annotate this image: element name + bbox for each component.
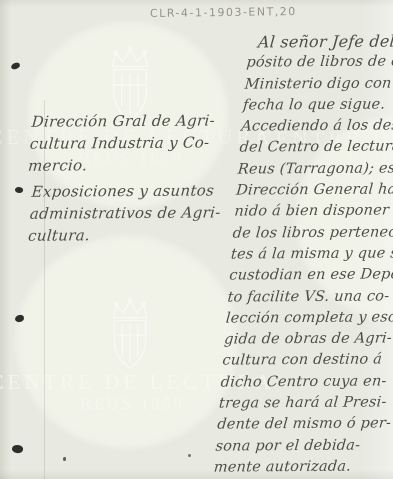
handwritten-line: gida de obras de Agri- bbox=[223, 329, 389, 351]
ink-blot bbox=[11, 444, 23, 454]
handwritten-line: dente del mismo ó per- bbox=[216, 414, 382, 436]
ink-blot bbox=[14, 186, 23, 194]
handwritten-line: Dirección Gral de Agri- bbox=[31, 109, 235, 132]
handwritten-line: lección completa y esco- bbox=[225, 307, 391, 329]
handwritten-line: fecha lo que sigue. bbox=[242, 94, 393, 116]
handwritten-line: cultura con destino á bbox=[222, 350, 388, 372]
ink-blot bbox=[188, 454, 191, 457]
scanned-letter-page: CENTRE DE LECTURA REUS 1859 CENTRE DE LE… bbox=[0, 0, 393, 479]
ink-blot bbox=[63, 457, 66, 461]
watermark-crest-icon bbox=[101, 296, 159, 374]
handwritten-line: de los libros pertenecien- bbox=[232, 222, 393, 244]
handwritten-line: mercio. bbox=[27, 153, 231, 176]
handwritten-line: cultura Industria y Co- bbox=[29, 131, 233, 154]
handwritten-line: Reus (Tarragona); esta bbox=[237, 158, 393, 180]
ink-blot bbox=[10, 62, 20, 70]
handwritten-line: pósito de libros de este bbox=[246, 52, 393, 74]
handwritten-line: tes á la misma y que se bbox=[230, 243, 393, 265]
letter-body: Al señor Jefe del De-pósito de libros de… bbox=[213, 30, 393, 478]
handwritten-line: Al señor Jefe del De- bbox=[247, 30, 393, 52]
handwritten-line: cultura. bbox=[27, 223, 231, 246]
handwritten-line: nido á bien disponer que bbox=[234, 201, 393, 223]
handwritten-line: to facilite VS. una co- bbox=[227, 286, 393, 308]
handwritten-line: sona por el debida- bbox=[215, 435, 381, 457]
handwritten-line: trega se hará al Presi- bbox=[218, 392, 384, 414]
handwritten-line: del Centro de lectura de bbox=[239, 137, 393, 159]
handwritten-line: Ministerio digo con esta bbox=[244, 73, 393, 95]
margin-note-section: Exposiciones y asuntosadministrativos de… bbox=[27, 179, 234, 246]
archival-reference: CLR-4-1-1903-ENT,20 bbox=[150, 5, 297, 20]
margin-note-department: Dirección Gral de Agri-cultura Industria… bbox=[27, 109, 234, 176]
handwritten-line: Exposiciones y asuntos bbox=[31, 179, 235, 202]
handwritten-line: Accediendo á los deseos bbox=[240, 116, 393, 138]
handwritten-line: mente autorizada. bbox=[213, 456, 379, 478]
handwritten-line: administrativos de Agri- bbox=[29, 201, 233, 224]
handwritten-line: Dirección General ha te- bbox=[235, 180, 393, 202]
handwritten-line: custodian en ese Depósi- bbox=[228, 265, 393, 287]
handwritten-line: dicho Centro cuya en- bbox=[220, 371, 386, 393]
